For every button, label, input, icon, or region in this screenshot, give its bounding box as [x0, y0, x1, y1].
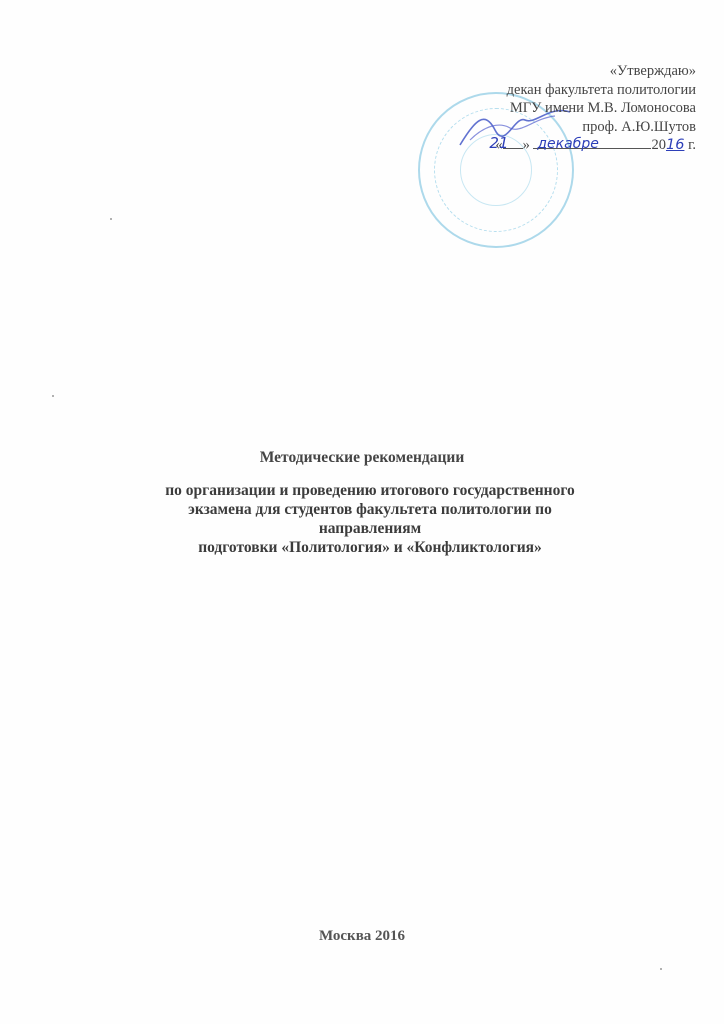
place-year: Москва 2016 [0, 928, 724, 945]
handwritten-year: 16 [666, 137, 684, 153]
scan-speck [660, 968, 662, 970]
approval-heading: «Утверждаю» [495, 62, 696, 81]
handwritten-day: 21 [489, 134, 508, 153]
document-subtitle: по организации и проведению итогового го… [150, 481, 590, 557]
approval-institution: МГУ имени М.В. Ломоносова [495, 99, 696, 118]
scan-speck [110, 218, 112, 220]
approval-block: «Утверждаю» декан факультета политологии… [495, 62, 696, 155]
approval-position: декан факультета политологии [495, 81, 696, 100]
scan-speck [52, 395, 54, 397]
document-page: «Утверждаю» декан факультета политологии… [0, 0, 724, 1024]
handwritten-month: декабре [537, 135, 598, 154]
approval-date: «» 2016 г. 21 декабре [495, 136, 696, 155]
approval-signatory: проф. А.Ю.Шутов [495, 118, 696, 137]
document-title: Методические рекомендации [0, 449, 724, 467]
